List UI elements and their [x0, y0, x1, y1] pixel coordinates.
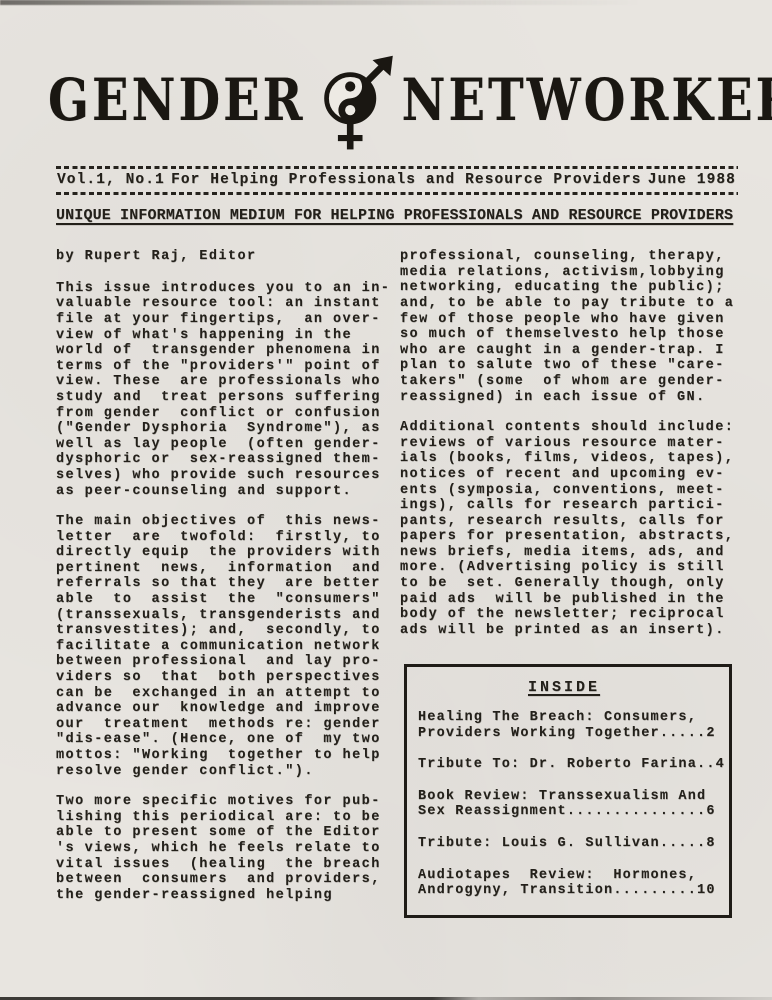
masthead: GENDER NETWORKER — [48, 52, 740, 156]
issue-tagline: For Helping Professionals and Resource P… — [171, 173, 641, 189]
byline: by Rupert Raj, Editor — [56, 249, 388, 265]
body-paragraph: Two more specific motives for pub- lishi… — [56, 794, 388, 903]
right-column: professional, counseling, therapy, media… — [400, 249, 738, 918]
inside-box-title: INSIDE — [418, 680, 710, 696]
body-paragraph: Additional contents should include: revi… — [400, 420, 738, 638]
body-paragraph: The main objectives of this news- letter… — [56, 514, 388, 779]
issue-info-row: Vol.1, No.1 For Helping Professionals an… — [56, 169, 738, 192]
issue-date: June 1988 — [648, 173, 736, 189]
dashed-rule-bottom — [56, 192, 738, 195]
body-paragraph: professional, counseling, therapy, media… — [400, 249, 738, 405]
toc-item: Audiotapes Review: Hormones, Androgyny, … — [418, 868, 724, 899]
page-content: Vol.1, No.1 For Helping Professionals an… — [56, 166, 738, 918]
volume-number: Vol.1, No.1 — [57, 173, 165, 189]
masthead-title-networker: NETWORKER — [402, 67, 772, 134]
page-headline: UNIQUE INFORMATION MEDIUM FOR HELPING PR… — [56, 208, 738, 224]
toc-item: Healing The Breach: Consumers, Providers… — [418, 710, 724, 741]
yin-yang-gender-symbol-icon — [306, 51, 402, 157]
inside-contents-box: INSIDE Healing The Breach: Consumers, Pr… — [404, 664, 732, 917]
toc-item: Tribute: Louis G. Sullivan.....8 — [418, 836, 724, 852]
scanned-newsletter-page: { "colors": { "paper": "#e8e5e0", "ink":… — [0, 0, 772, 1000]
scan-artifact-top-edge — [0, 0, 640, 5]
toc-item: Book Review: Transsexualism And Sex Reas… — [418, 789, 724, 820]
left-column: by Rupert Raj, Editor This issue introdu… — [56, 249, 388, 918]
masthead-title-gender: GENDER — [48, 67, 306, 134]
two-column-body: by Rupert Raj, Editor This issue introdu… — [56, 249, 738, 918]
toc-item: Tribute To: Dr. Roberto Farina..4 — [418, 757, 724, 773]
body-paragraph: This issue introduces you to an in- valu… — [56, 281, 388, 499]
